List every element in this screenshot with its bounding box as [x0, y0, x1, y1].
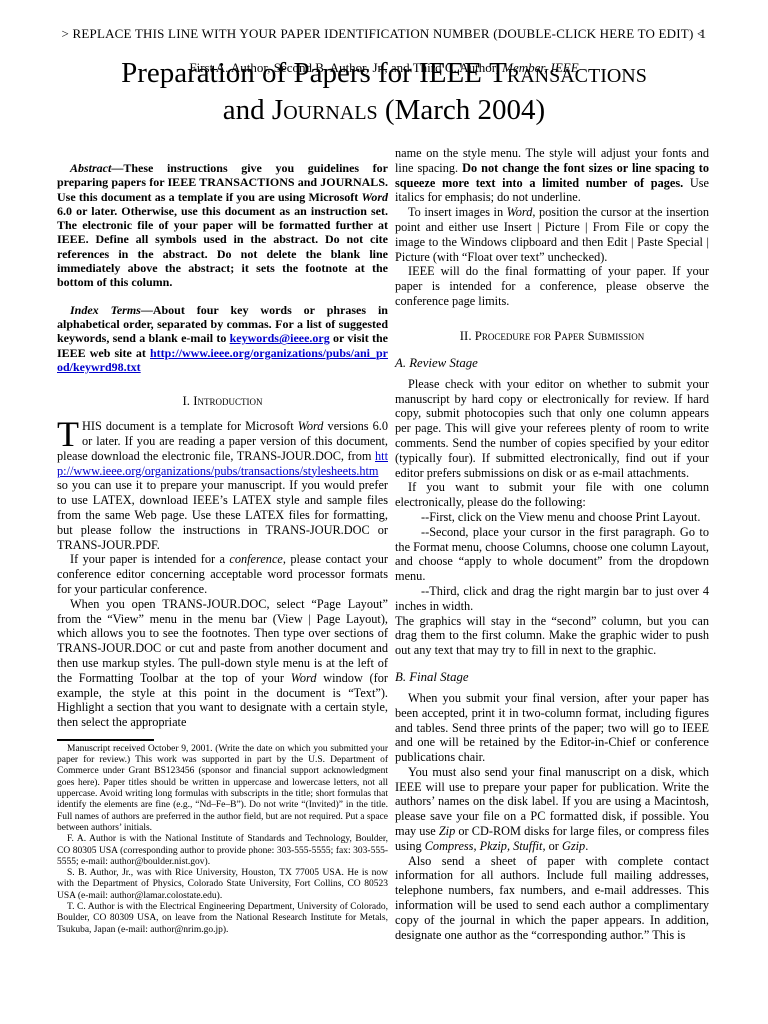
text-segment: Procedure for Paper Submission	[475, 329, 644, 343]
text-segment: Compress, Pkzip, Stuffit,	[425, 839, 546, 853]
drop-cap: T	[57, 419, 82, 448]
text-segment: conference	[229, 552, 282, 566]
running-header[interactable]: > REPLACE THIS LINE WITH YOUR PAPER IDEN…	[57, 26, 709, 42]
step-third: --Third, click and drag the right margin…	[395, 584, 709, 614]
abstract-paragraph: Abstract—These instructions give you gui…	[57, 161, 388, 290]
author-membership: Member, IEEE	[502, 60, 579, 75]
text-segment: --First, click on the View menu and choo…	[421, 510, 700, 524]
title-text: and	[223, 94, 272, 126]
text-segment: T. C. Author is with the Electrical Engi…	[57, 902, 388, 935]
text-segment: If you want to submit your file with one…	[395, 480, 709, 509]
column-right: name on the style menu. The style will a…	[395, 146, 709, 942]
section-heading-introduction: I. Introduction	[57, 394, 388, 409]
final-formatting-paragraph: IEEE will do the final formatting of you…	[395, 264, 709, 308]
text-segment: .	[585, 839, 588, 853]
text-segment: --Third, click and drag the right margin…	[395, 584, 709, 613]
column-left: Abstract—These instructions give you gui…	[57, 146, 388, 936]
text-segment: A. Review Stage	[395, 356, 478, 370]
styles-paragraph: When you open TRANS-JOUR.DOC, select “Pa…	[57, 597, 388, 730]
index-terms-paragraph: Index Terms—About four key words or phra…	[57, 303, 388, 374]
text-segment: Word	[362, 190, 388, 204]
text-segment: Introduction	[193, 394, 262, 408]
text-segment: 6.0 or later. Otherwise, use this docume…	[57, 204, 388, 289]
text-segment: F. A. Author is with the National Instit…	[57, 834, 388, 867]
final-stage-paragraph: When you submit your final version, afte…	[395, 691, 709, 765]
conference-paragraph: If your paper is intended for a conferen…	[57, 552, 388, 596]
contact-info-paragraph: Also send a sheet of paper with complete…	[395, 854, 709, 943]
text-segment: --Second, place your cursor in the first…	[395, 525, 709, 583]
text-segment: Word	[507, 205, 533, 219]
section-heading-procedure: II. Procedure for Paper Submission	[395, 329, 709, 344]
text-segment: The graphics will stay in the “second” c…	[395, 614, 709, 658]
footnote-author-sb: S. B. Author, Jr., was with Rice Univers…	[57, 868, 388, 902]
footnote-author-tc: T. C. Author is with the Electrical Engi…	[57, 902, 388, 936]
subsection-final-stage: B. Final Stage	[395, 670, 709, 685]
author-names: First A. Author, Second B. Author, Jr., …	[189, 60, 502, 75]
disk-paragraph: You must also send your final manuscript…	[395, 765, 709, 854]
graphics-paragraph: The graphics will stay in the “second” c…	[395, 614, 709, 658]
text-segment: Please check with your editor on whether…	[395, 377, 709, 480]
text-segment: Abstract	[70, 161, 111, 175]
review-stage-paragraph: Please check with your editor on whether…	[395, 377, 709, 481]
text-segment: Zip	[439, 824, 455, 838]
hyperlink[interactable]: keywords@ieee.org	[230, 331, 330, 345]
text-segment: so you can use it to prepare your manusc…	[57, 478, 388, 551]
step-second: --Second, place your cursor in the first…	[395, 525, 709, 584]
introduction-paragraph: THIS document is a template for Microsof…	[57, 419, 388, 552]
subsection-review-stage: A. Review Stage	[395, 356, 709, 371]
text-segment: If your paper is intended for a	[70, 552, 229, 566]
text-segment: To insert images in	[408, 205, 507, 219]
style-menu-paragraph: name on the style menu. The style will a…	[395, 146, 709, 205]
footnote-separator	[57, 739, 154, 741]
document-page: > REPLACE THIS LINE WITH YOUR PAPER IDEN…	[0, 0, 768, 1024]
byline: First A. Author, Second B. Author, Jr., …	[0, 60, 768, 76]
title-text: (March 2004)	[378, 94, 546, 126]
insert-images-paragraph: To insert images in Word, position the c…	[395, 205, 709, 264]
one-column-paragraph: If you want to submit your file with one…	[395, 480, 709, 510]
running-header-row: > REPLACE THIS LINE WITH YOUR PAPER IDEN…	[57, 26, 709, 42]
page-number: 1	[700, 26, 707, 42]
text-segment: Word	[298, 419, 324, 433]
text-segment: or	[546, 839, 562, 853]
text-segment: Gzip	[562, 839, 585, 853]
text-segment: S. B. Author, Jr., was with Rice Univers…	[57, 868, 388, 901]
text-segment: I.	[183, 394, 194, 408]
text-segment: Manuscript received October 9, 2001. (Wr…	[57, 744, 388, 833]
text-segment: Word	[291, 671, 317, 685]
title-line-2: and Journals (March 2004)	[0, 92, 768, 129]
text-segment: HIS document is a template for Microsoft	[82, 419, 298, 433]
step-first: --First, click on the View menu and choo…	[395, 510, 709, 525]
footnote-author-fa: F. A. Author is with the National Instit…	[57, 834, 388, 868]
text-segment: When you submit your final version, afte…	[395, 691, 709, 764]
footnote-manuscript: Manuscript received October 9, 2001. (Wr…	[57, 744, 388, 834]
title-text-smallcaps: Journals	[272, 94, 378, 126]
text-segment: Index Terms	[70, 303, 141, 317]
text-segment: IEEE will do the final formatting of you…	[395, 264, 709, 308]
text-segment: Also send a sheet of paper with complete…	[395, 854, 709, 942]
text-segment: II.	[460, 329, 475, 343]
text-segment: B. Final Stage	[395, 670, 469, 684]
